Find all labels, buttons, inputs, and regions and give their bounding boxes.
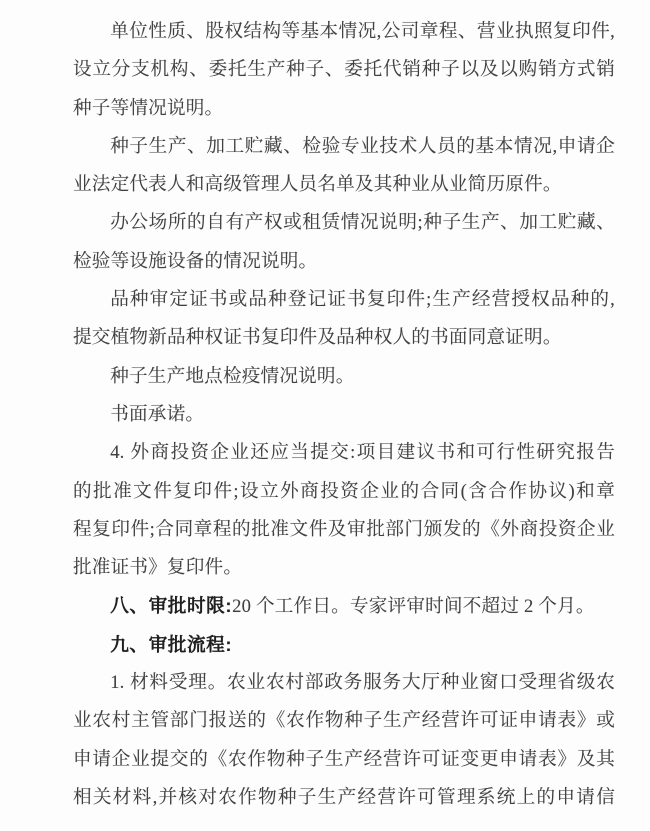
text-line: 业农村主管部门报送的《农作物种子生产经营许可证申请表》或 <box>73 702 615 740</box>
text-line: 八、审批时限:20 个工作日。专家评审时间不超过 2 个月。 <box>73 587 615 625</box>
paragraph-unit-nature: 单位性质、股权结构等基本情况,公司章程、营业执照复印件,设立分支机构、委托生产种… <box>73 13 615 128</box>
text-segment: 种子生产地点检疫情况说明。 <box>110 366 354 387</box>
text-segment: 相关材料,并核对农作物种子生产经营许可管理系统上的申请信 <box>73 787 615 808</box>
text-line: 书面承诺。 <box>73 396 615 434</box>
text-line: 相关材料,并核对农作物种子生产经营许可管理系统上的申请信 <box>73 779 615 817</box>
text-line: 检验等设施设备的情况说明。 <box>73 243 615 281</box>
text-line: 种子生产地点检疫情况说明。 <box>73 358 615 396</box>
text-line: 种子等情况说明。 <box>73 90 615 128</box>
text-line: 1. 材料受理。农业农村部政务服务大厅种业窗口受理省级农 <box>73 664 615 702</box>
text-segment: 检验等设施设备的情况说明。 <box>73 251 317 272</box>
text-segment: 业农村主管部门报送的《农作物种子生产经营许可证申请表》或 <box>73 710 615 731</box>
text-line: 单位性质、股权结构等基本情况,公司章程、营业执照复印件, <box>73 13 615 51</box>
paragraph-material-acceptance: 1. 材料受理。农业农村部政务服务大厅种业窗口受理省级农业农村主管部门报送的《农… <box>73 664 615 817</box>
text-segment: 批准证书》复印件。 <box>73 557 242 578</box>
heading-approval-time-limit: 八、审批时限:20 个工作日。专家评审时间不超过 2 个月。 <box>73 587 615 625</box>
text-line: 申请企业提交的《农作物种子生产经营许可证变更申请表》及其 <box>73 741 615 779</box>
text-segment: 单位性质、股权结构等基本情况,公司章程、营业执照复印件, <box>110 21 615 42</box>
text-line: 提交植物新品种权证书复印件及品种权人的书面同意证明。 <box>73 319 615 357</box>
text-segment: 种子生产、加工贮藏、检验专业技术人员的基本情况,申请企 <box>110 136 615 157</box>
text-segment: 1. 材料受理。农业农村部政务服务大厅种业窗口受理省级农 <box>110 672 615 693</box>
text-segment: 4. 外商投资企业还应当提交:项目建议书和可行性研究报告 <box>110 442 615 463</box>
paragraph-office-premises: 办公场所的自有产权或租赁情况说明;种子生产、加工贮藏、检验等设施设备的情况说明。 <box>73 204 615 281</box>
text-line: 品种审定证书或品种登记证书复印件;生产经营授权品种的, <box>73 281 615 319</box>
text-segment: 20 个工作日。专家评审时间不超过 2 个月。 <box>232 596 595 617</box>
text-line: 的批准文件复印件;设立外商投资企业的合同(含合作协议)和章 <box>73 473 615 511</box>
text-segment: 申请企业提交的《农作物种子生产经营许可证变更申请表》及其 <box>73 749 615 770</box>
paragraph-technical-personnel: 种子生产、加工贮藏、检验专业技术人员的基本情况,申请企业法定代表人和高级管理人员… <box>73 128 615 205</box>
text-segment: 提交植物新品种权证书复印件及品种权人的书面同意证明。 <box>73 327 562 348</box>
heading-approval-process: 九、审批流程: <box>73 626 615 664</box>
text-segment: 书面承诺。 <box>110 404 204 425</box>
text-segment: 设立分支机构、委托生产种子、委托代销种子以及以购销方式销售 <box>73 59 615 89</box>
text-line: 设立分支机构、委托生产种子、委托代销种子以及以购销方式销售 <box>73 51 615 89</box>
text-line: 业法定代表人和高级管理人员名单及其种业从业简历原件。 <box>73 166 615 204</box>
text-segment: 程复印件;合同章程的批准文件及审批部门颁发的《外商投资企业 <box>73 519 615 540</box>
text-segment: 种子等情况说明。 <box>73 98 223 119</box>
heading-segment: 八、审批时限: <box>110 595 232 616</box>
text-segment: 的批准文件复印件;设立外商投资企业的合同(含合作协议)和章 <box>73 481 615 502</box>
text-line: 程复印件;合同章程的批准文件及审批部门颁发的《外商投资企业 <box>73 511 615 549</box>
heading-segment: 九、审批流程: <box>110 634 232 655</box>
paragraph-written-commitment: 书面承诺。 <box>73 396 615 434</box>
text-segment: 品种审定证书或品种登记证书复印件;生产经营授权品种的, <box>110 289 615 310</box>
text-line: 批准证书》复印件。 <box>73 549 615 587</box>
text-line: 4. 外商投资企业还应当提交:项目建议书和可行性研究报告 <box>73 434 615 472</box>
paragraph-quarantine-statement: 种子生产地点检疫情况说明。 <box>73 358 615 396</box>
text-line: 九、审批流程: <box>73 626 615 664</box>
text-segment: 办公场所的自有产权或租赁情况说明;种子生产、加工贮藏、 <box>110 212 615 233</box>
document-page: 单位性质、股权结构等基本情况,公司章程、营业执照复印件,设立分支机构、委托生产种… <box>0 0 650 831</box>
text-line: 办公场所的自有产权或租赁情况说明;种子生产、加工贮藏、 <box>73 204 615 242</box>
text-segment: 业法定代表人和高级管理人员名单及其种业从业简历原件。 <box>73 174 562 195</box>
text-line: 种子生产、加工贮藏、检验专业技术人员的基本情况,申请企 <box>73 128 615 166</box>
document-body: 单位性质、股权结构等基本情况,公司章程、营业执照复印件,设立分支机构、委托生产种… <box>73 13 615 817</box>
paragraph-variety-certificates: 品种审定证书或品种登记证书复印件;生产经营授权品种的,提交植物新品种权证书复印件… <box>73 281 615 358</box>
paragraph-foreign-investment: 4. 外商投资企业还应当提交:项目建议书和可行性研究报告的批准文件复印件;设立外… <box>73 434 615 587</box>
